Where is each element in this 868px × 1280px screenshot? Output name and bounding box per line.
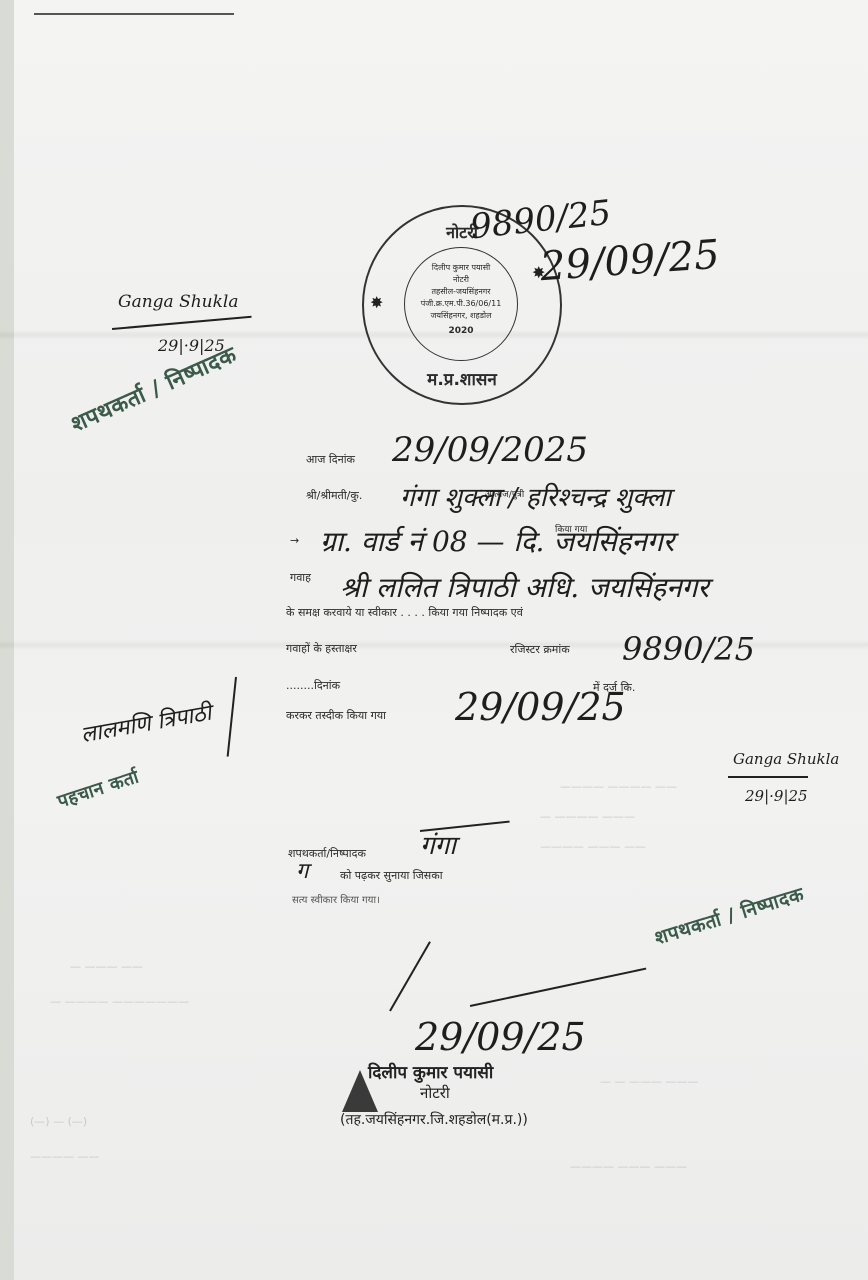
top-edge-line	[34, 13, 234, 15]
seal-line: जयसिंहनगर, शहडोल	[405, 310, 517, 321]
seal-inner-ring: दिलीप कुमार पयासी नोटरी तहसील-जयसिंहनगर …	[404, 247, 518, 361]
seal-line: नोटरी	[405, 274, 517, 285]
dated-label: ........दिनांक	[286, 678, 340, 693]
notary-name: दिलीप कुमार पयासी	[368, 1060, 493, 1083]
read-out-line: को पढ़कर सुनाया जिसका	[340, 868, 443, 883]
witness-sign-label: गवाहों के हस्ताक्षर	[286, 641, 357, 656]
seal-line: तहसील-जयसिंहनगर	[405, 286, 517, 297]
notary-signature-date: 29/09/25	[415, 1015, 586, 1059]
bleed-text: ———— ——— ——	[540, 840, 646, 853]
seal-line: दिलीप कुमार पयासी	[405, 262, 517, 273]
witness-label: गवाह	[290, 570, 311, 585]
name-label: श्री/श्रीमती/कु.	[306, 488, 362, 503]
bleed-text: ———— ——— ———	[570, 1160, 687, 1173]
presence-line: के समक्ष करवाये या स्वीकार . . . . किया …	[286, 605, 523, 620]
accepted-line: सत्य स्वीकार किया गया।	[292, 892, 380, 906]
date-label: आज दिनांक	[306, 452, 355, 467]
register-value: 9890/25	[622, 630, 755, 668]
address-value: ग्रा. वार्ड नं 08 — दि. जयसिंहनगर	[320, 522, 674, 560]
signature-date: 29|·9|25	[745, 787, 808, 805]
bleed-text: ———— ———— ——	[560, 780, 677, 793]
bleed-text: — ———— ———	[540, 810, 635, 823]
witness-value: श्री ललित त्रिपाठी अधि. जयसिंहनगर	[340, 568, 709, 606]
seal-year: 2020	[405, 326, 517, 336]
address-arrow: →	[290, 534, 299, 547]
initial-scribble: ग	[296, 855, 308, 885]
notary-address: (तह.जयसिंहनगर.जि.शहडोल(म.प्र.))	[340, 1110, 528, 1129]
signature-name: Ganga Shukla	[118, 292, 239, 312]
seal-footer: म.प्र.शासन	[364, 367, 560, 390]
seal-line: पंजी.क्र.एम.पी.36/06/11	[405, 298, 517, 309]
bleed-text: — ———— ———————	[50, 995, 189, 1008]
verified-date: 29/09/25	[455, 685, 626, 729]
signature-underline	[728, 776, 808, 778]
bleed-text: (—) — (—)	[30, 1115, 87, 1128]
name-value: गंगा शुक्ला / हरिश्चन्द्र शुक्ला	[400, 478, 671, 514]
date-value: 29/09/2025	[392, 430, 588, 470]
executant-sign: गंगा	[420, 826, 456, 862]
register-label: रजिस्टर क्रमांक	[510, 642, 570, 657]
bleed-text: ———— ——	[30, 1150, 100, 1163]
bleed-text: — — ——— ———	[600, 1075, 699, 1088]
star-icon: ✸	[370, 293, 383, 312]
signature-name: Ganga Shukla	[733, 750, 839, 768]
verified-label: करकर तस्दीक किया गया	[286, 708, 386, 723]
notary-title: नोटरी	[420, 1083, 450, 1103]
bleed-text: — ——— ——	[70, 960, 143, 973]
